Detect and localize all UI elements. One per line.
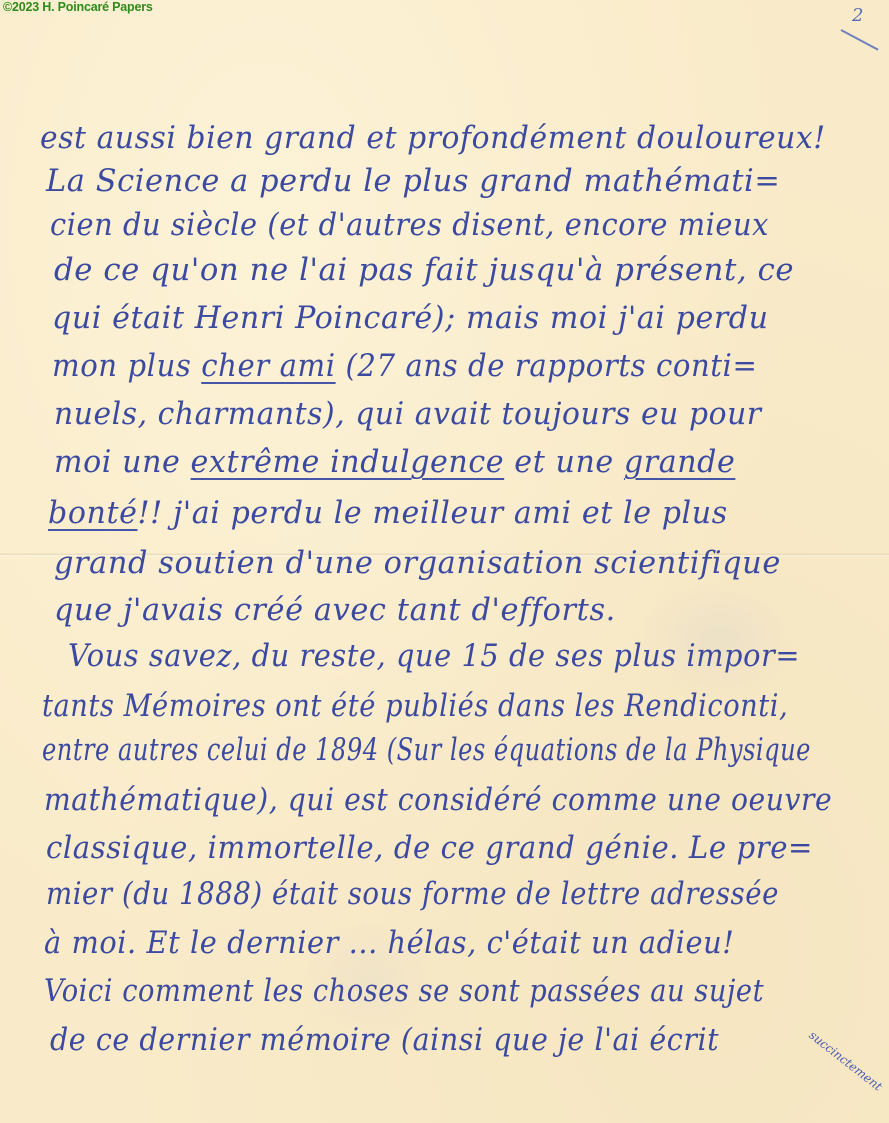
- handwritten-letter: est aussi bien grand et profondément dou…: [0, 0, 889, 1123]
- letter-line-20: de ce dernier mémoire (ainsi que je l'ai…: [50, 1022, 719, 1058]
- letter-line-15: mathématique), qui est considéré comme u…: [44, 782, 832, 818]
- line-text: mon plus: [52, 348, 201, 384]
- line-text: et une: [504, 444, 624, 480]
- letter-line-4: de ce qu'on ne l'ai pas fait jusqu'à pré…: [54, 252, 794, 288]
- underlined-phrase: grande: [624, 444, 735, 480]
- underlined-phrase: extrême indulgence: [191, 444, 505, 480]
- letter-line-5: qui était Henri Poincaré); mais moi j'ai…: [52, 300, 769, 336]
- letter-line-14: entre autres celui de 1894 (Sur les équa…: [42, 732, 811, 768]
- line-text: !! j'ai perdu le meilleur ami et le plus: [138, 495, 728, 531]
- letter-line-19: Voici comment les choses se sont passées…: [44, 973, 764, 1009]
- margin-note: succinctement: [806, 1028, 884, 1094]
- letter-line-7: nuels, charmants), qui avait toujours eu…: [54, 396, 762, 432]
- letter-line-1: est aussi bien grand et profondément dou…: [40, 120, 826, 156]
- letter-line-6: mon plus cher ami (27 ans de rapports co…: [52, 348, 757, 384]
- letter-line-8: moi une extrême indulgence et une grande: [54, 444, 735, 480]
- letter-line-17: mier (du 1888) était sous forme de lettr…: [46, 876, 779, 912]
- letter-line-10: grand soutien d'une organisation scienti…: [54, 545, 781, 581]
- line-text: moi une: [54, 444, 191, 480]
- letter-line-16: classique, immortelle, de ce grand génie…: [46, 830, 813, 866]
- letter-line-9: bonté!! j'ai perdu le meilleur ami et le…: [48, 495, 728, 531]
- line-text: (27 ans de rapports conti=: [336, 348, 758, 384]
- underlined-phrase: bonté: [48, 495, 138, 531]
- letter-line-3: cien du siècle (et d'autres disent, enco…: [50, 207, 769, 243]
- letter-line-11: que j'avais créé avec tant d'efforts.: [54, 592, 616, 628]
- letter-line-2: La Science a perdu le plus grand mathéma…: [46, 163, 780, 199]
- letter-line-12: Vous savez, du reste, que 15 de ses plus…: [68, 638, 800, 674]
- underlined-phrase: cher ami: [201, 348, 335, 384]
- letter-line-13: tants Mémoires ont été publiés dans les …: [42, 688, 788, 724]
- letter-line-18: à moi. Et le dernier ... hélas, c'était …: [44, 925, 734, 961]
